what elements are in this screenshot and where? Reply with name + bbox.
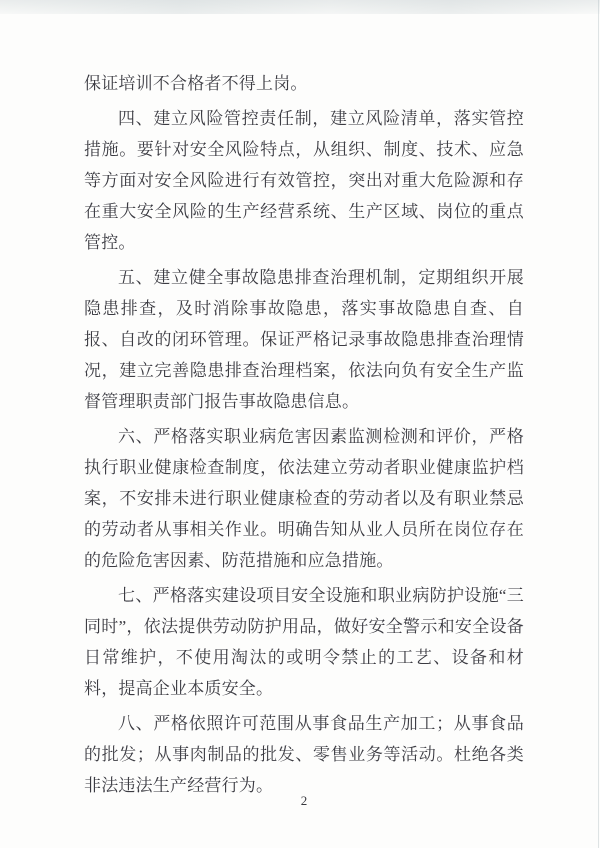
paragraph-item-4: 四、建立风险管控责任制，建立风险清单，落实管控措施。要针对安全风险特点，从组织、… xyxy=(84,103,524,258)
scan-artifact-top-edge xyxy=(0,0,600,14)
paragraph-continuation: 保证培训不合格者不得上岗。 xyxy=(84,68,524,99)
page-number: 2 xyxy=(84,793,524,809)
paragraph-item-8: 八、严格依照许可范围从事食品生产加工；从事食品的批发；从事肉制品的批发、零售业务… xyxy=(84,708,524,801)
paragraph-item-5: 五、建立健全事故隐患排查治理机制，定期组织开展隐患排查，及时消除事故隐患，落实事… xyxy=(84,262,524,417)
paragraph-item-6: 六、严格落实职业病危害因素监测检测和评价，严格执行职业健康检查制度，依法建立劳动… xyxy=(84,421,524,576)
document-body: 保证培训不合格者不得上岗。 四、建立风险管控责任制，建立风险清单，落实管控措施。… xyxy=(84,68,524,805)
scan-artifact-right-edge xyxy=(598,0,599,848)
scanned-document-page: 保证培训不合格者不得上岗。 四、建立风险管控责任制，建立风险清单，落实管控措施。… xyxy=(0,0,600,848)
paragraph-item-7: 七、严格落实建设项目安全设施和职业病防护设施“三同时”，依法提供劳动防护用品，做… xyxy=(84,580,524,704)
